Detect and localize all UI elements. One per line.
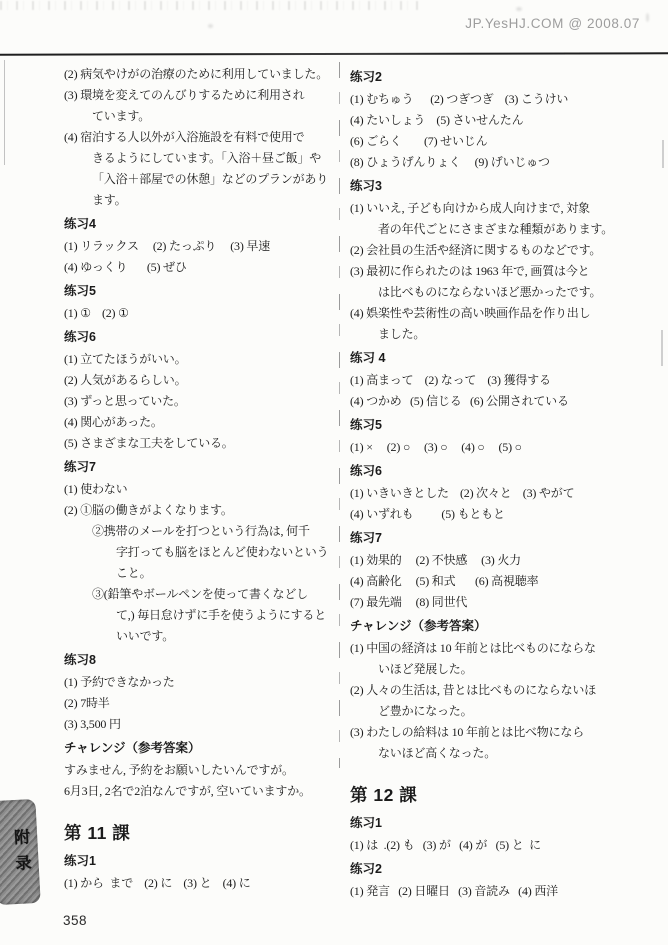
answer-line: (1) 効果的 (2) 不快感 (3) 火力 [350,550,660,571]
answer-line-continuation: 「入浴＋部屋での休憩」などのプランがあり [64,169,342,190]
scan-edge-artifact [4,60,5,165]
spacer [64,802,342,814]
answer-line: (6) ごらく (7) せいじん [350,131,660,152]
exercise-heading: チャレンジ（参考答案） [350,615,660,638]
scan-noise [516,7,522,11]
answer-line: (2) 人気があるらしい。 [64,370,342,391]
answer-line: (1) 使わない [64,479,342,500]
answer-line: (4) 高齢化 (5) 和式 (6) 高視聴率 [350,571,660,592]
answer-line-continuation: こと。 [64,563,342,584]
exercise-heading: 练习1 [64,850,342,873]
exercise-heading: 练习2 [350,66,660,89]
answer-line: (1) から まで (2) に (3) と (4) に [64,873,342,894]
answer-line-continuation: ます。 [64,190,342,211]
answer-line: (1) 予約できなかった [64,672,342,693]
exercise-heading: 练习5 [350,414,660,437]
appendix-tab: 附 录 [0,799,41,905]
lesson-heading: 第 12 課 [350,780,660,810]
answers-column-right: 练习2(1) むちゅう (2) つぎつぎ (3) こうけい(4) たいしょう (… [350,64,660,902]
answer-line: (1) 立てたほうがいい。 [64,349,342,370]
scan-edge-artifact [662,140,664,168]
answer-line: (1) 高まって (2) なって (3) 獲得する [350,370,660,391]
answer-line-continuation: ど豊かになった。 [350,701,660,722]
answer-line: (7) 最先端 (8) 同世代 [350,592,660,613]
header-rule [0,52,668,55]
answer-line: (1) むちゅう (2) つぎつぎ (3) こうけい [350,89,660,110]
answer-line-continuation: ③(鉛筆やボールペンを使って書くなどし [64,584,342,605]
answer-line: (2) ①脳の働きがよくなります。 [64,500,342,521]
answer-line: (5) さまざまな工夫をしている。 [64,433,342,454]
answer-line: (2) 病気やけがの治療のために利用していました。 [64,64,342,85]
answer-line: (2) 人々の生活は, 昔とは比べものにならないほ [350,680,660,701]
scan-noise [0,1,420,10]
answer-line: 6月3日, 2名で2泊なんですが, 空いていますか。 [64,781,342,802]
answer-line-continuation: ②携帯のメールを打つという行為は, 何千 [64,521,342,542]
answer-line-continuation: ないほど高くなった。 [350,743,660,764]
exercise-heading: チャレンジ（参考答案） [64,737,342,760]
appendix-tab-label: 附 [14,830,31,847]
answer-line-continuation: いいです。 [64,626,342,647]
answer-line: (3) ずっと思っていた。 [64,391,342,412]
answer-line-continuation: ています。 [64,106,342,127]
answer-line-continuation: 者の年代ごとにさまざまな種類があります。 [350,219,660,240]
exercise-heading: 练习8 [64,649,342,672]
answer-line-continuation: いほど発展した。 [350,659,660,680]
exercise-heading: 练习3 [350,175,660,198]
exercise-heading: 练习7 [64,456,342,479]
answer-line: (2) 7時半 [64,693,342,714]
answer-line-continuation: ました。 [350,324,660,345]
answer-line-continuation: て,) 毎日怠けずに手を使うようにすると [64,605,342,626]
answer-line: (1) いきいきとした (2) 次々と (3) やがて [350,483,660,504]
answers-column-left: (2) 病気やけがの治療のために利用していました。(3) 環境を変えてのんびりす… [64,64,342,894]
answer-line-continuation: 字打っても脳をほとんど使わないという [64,542,342,563]
exercise-heading: 练习4 [64,213,342,236]
scan-noise [208,24,213,28]
scanned-page: JP.YesHJ.COM @ 2008.07 (2) 病気やけがの治療のために利… [0,0,668,945]
answer-line: (1) 中国の経済は 10 年前とは比べものにならな [350,638,660,659]
answer-line: (8) ひょうげんりょく (9) げいじゅつ [350,152,660,173]
answer-line: すみません, 予約をお願いしたいんですが。 [64,760,342,781]
answer-line: (3) わたしの給料は 10 年前とは比べ物になら [350,722,660,743]
answer-line: (3) 3,500 円 [64,714,342,735]
answer-line-continuation: は比べものにならないほど悪かったです。 [350,282,660,303]
page-number: 358 [63,913,87,928]
answer-line: (4) 関心があった。 [64,412,342,433]
answer-line: (3) 環境を変えてのんびりするために利用され [64,85,342,106]
exercise-heading: 练习2 [350,858,660,881]
exercise-heading: 练习7 [350,527,660,550]
answer-line: (4) つかめ (5) 信じる (6) 公開されている [350,391,660,412]
answer-line: (1) × (2) ○ (3) ○ (4) ○ (5) ○ [350,437,660,458]
exercise-heading: 练习 4 [350,347,660,370]
answer-line: (4) たいしょう (5) さいせんたん [350,110,660,131]
answer-line: (1) は .(2) も (3) が (4) が (5) と に [350,835,660,856]
exercise-heading: 练习6 [64,326,342,349]
exercise-heading: 练习5 [64,280,342,303]
answer-line: (1) 発言 (2) 日曜日 (3) 音読み (4) 西洋 [350,881,660,902]
spacer [350,764,660,776]
scan-noise [646,13,649,22]
answer-line: (2) 会社員の生活や経済に関するものなどです。 [350,240,660,261]
answer-line-continuation: きるようにしています。「入浴＋昼ご飯」や [64,148,342,169]
answer-line: (4) 娯楽性や芸術性の高い映画作品を作り出し [350,303,660,324]
watermark: JP.YesHJ.COM @ 2008.07 [465,16,640,31]
exercise-heading: 练习6 [350,460,660,483]
answer-line: (4) ゆっくり (5) ぜひ [64,257,342,278]
answer-line: (1) リラックス (2) たっぷり (3) 早速 [64,236,342,257]
lesson-heading: 第 11 課 [64,818,342,848]
answer-line: (3) 最初に作られたのは 1963 年で, 画質は今と [350,261,660,282]
appendix-tab-label: 录 [15,856,32,873]
answer-line: (4) いずれも (5) もともと [350,504,660,525]
answer-line: (1) ① (2) ① [64,303,342,324]
answer-line: (4) 宿泊する人以外が入浴施設を有料で使用で [64,127,342,148]
answer-line: (1) いいえ, 子ども向けから成人向けまで, 対象 [350,198,660,219]
exercise-heading: 练习1 [350,812,660,835]
scan-edge-artifact [661,330,663,366]
